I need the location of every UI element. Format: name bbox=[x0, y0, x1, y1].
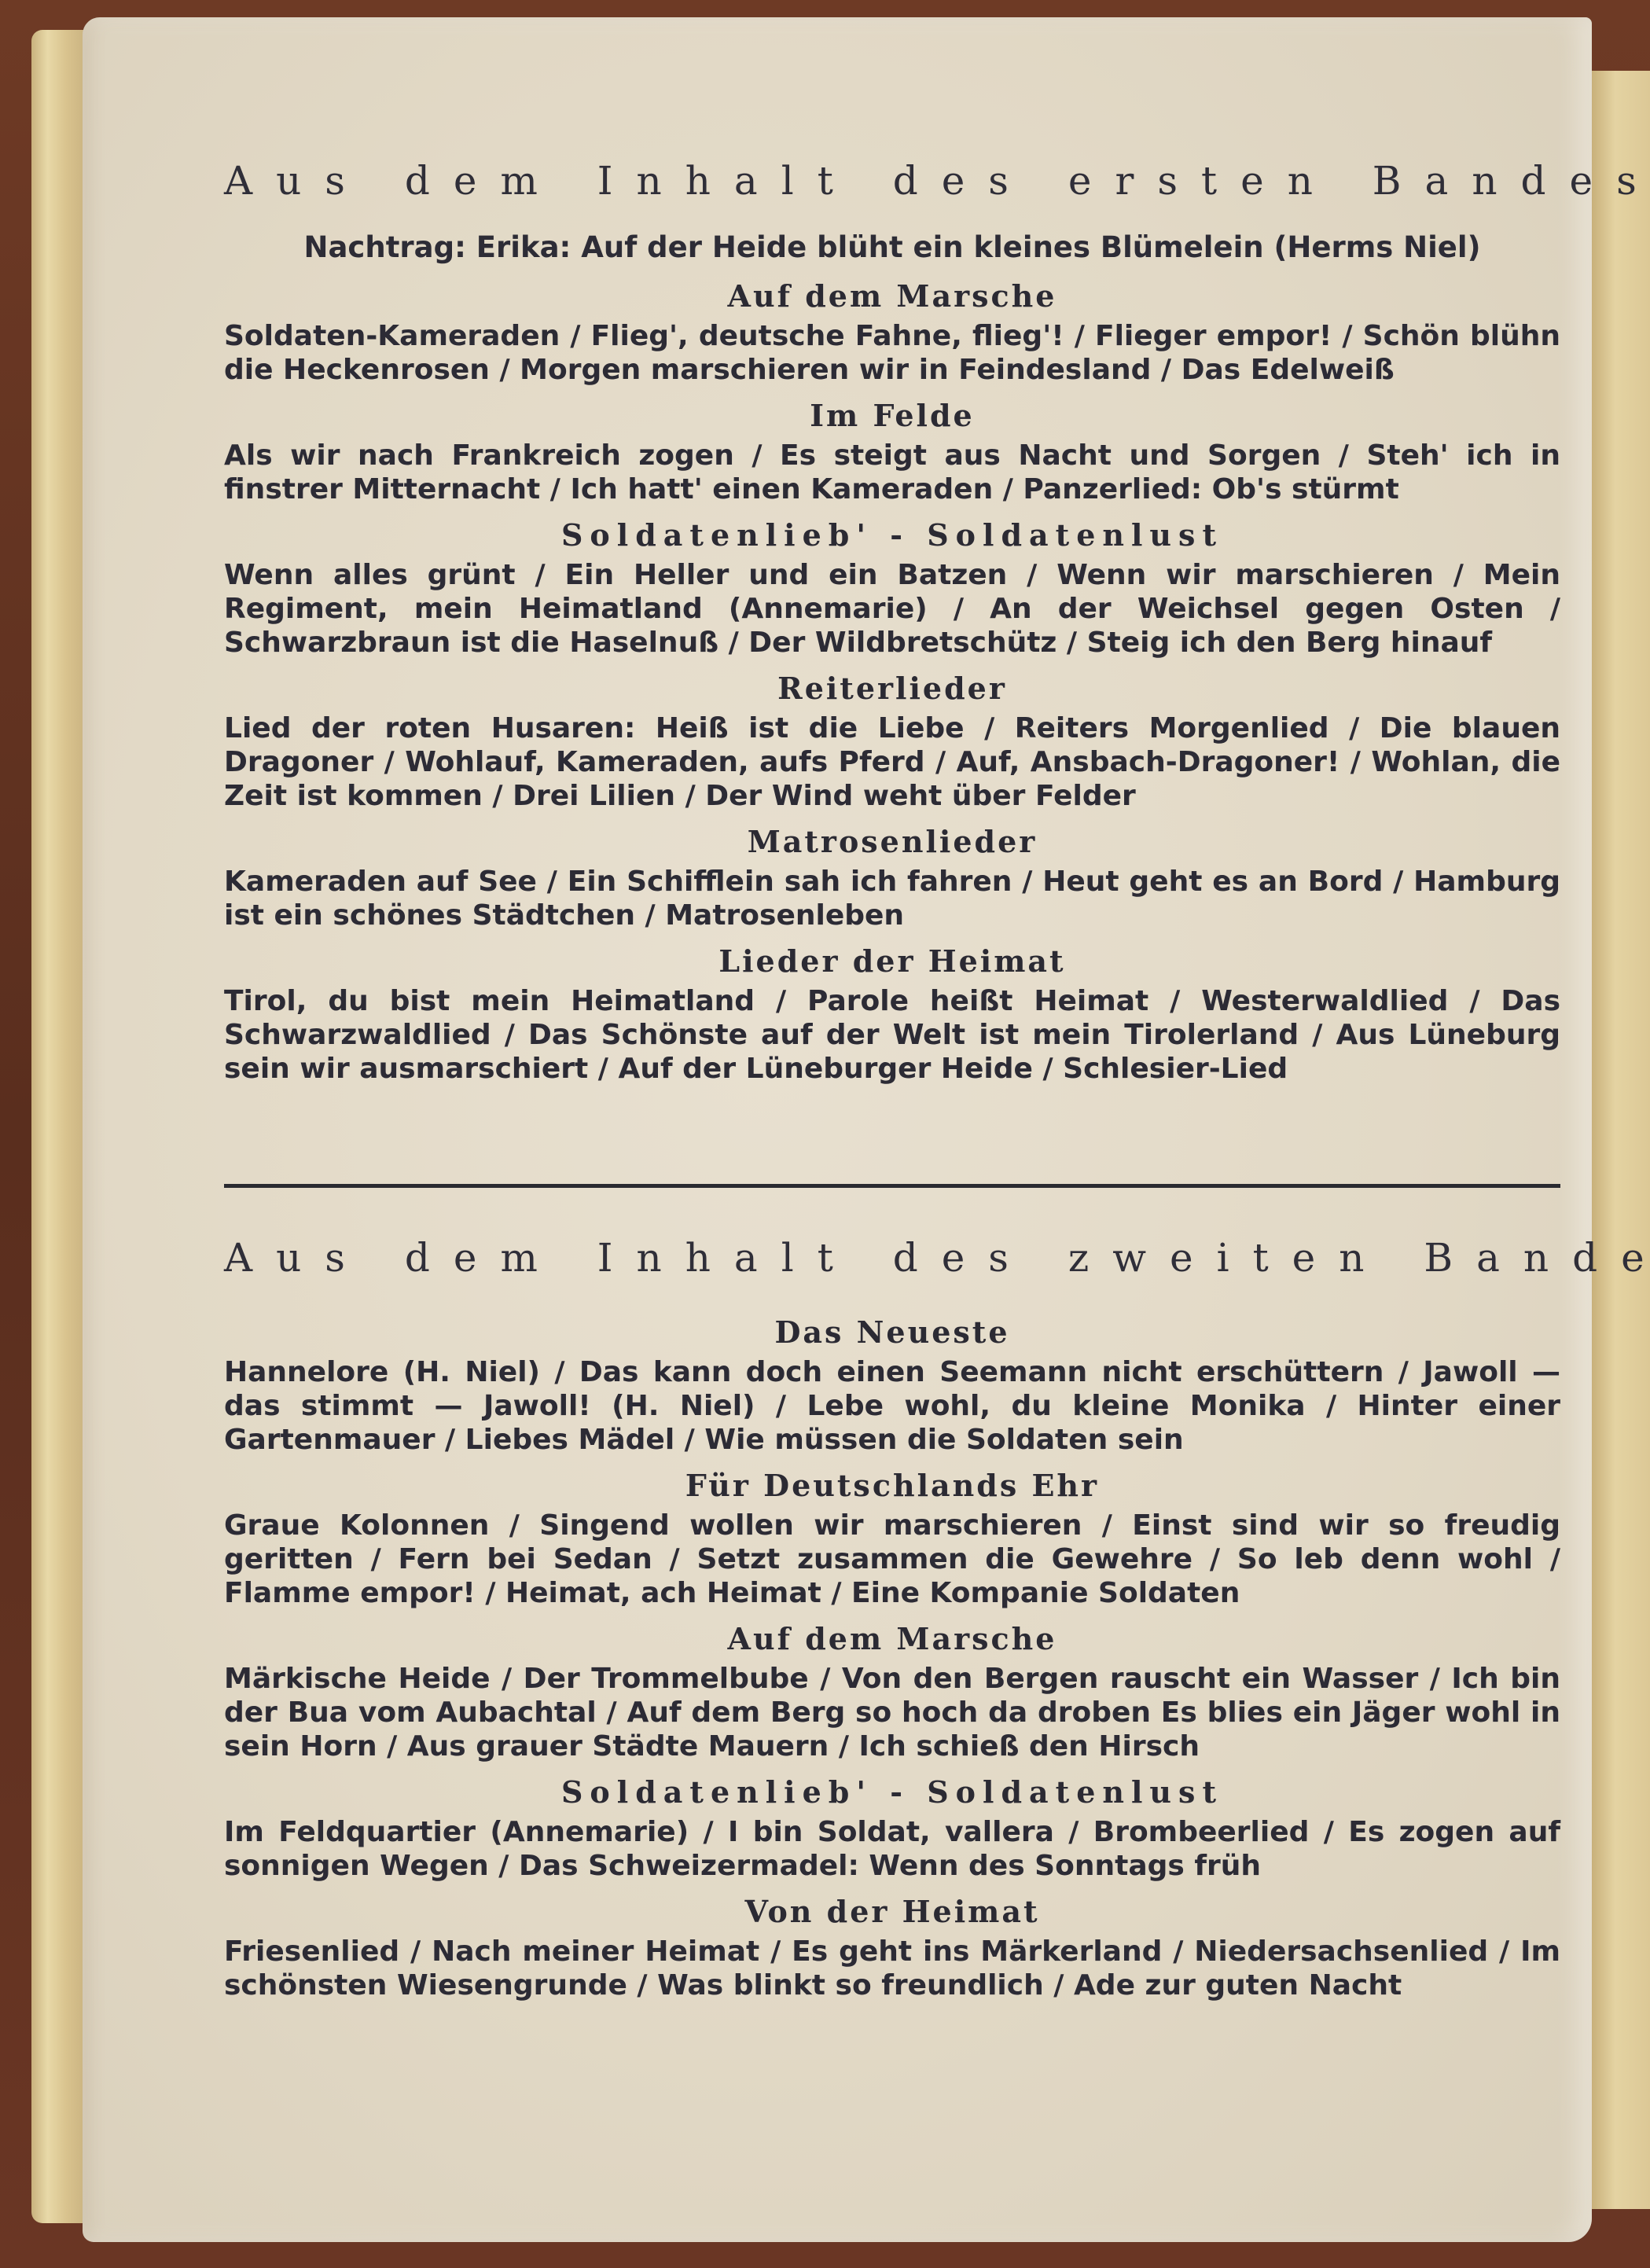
adjacent-book-edge bbox=[1592, 71, 1650, 2209]
section-divider-rule bbox=[224, 1184, 1560, 1188]
section-heading: Lieder der Heimat bbox=[224, 942, 1560, 981]
section-heading: Für Deutschlands Ehr bbox=[224, 1466, 1560, 1505]
song-list: Kameraden auf See / Ein Schifflein sah i… bbox=[224, 865, 1560, 932]
section-heading: Auf dem Marsche bbox=[224, 277, 1560, 316]
section: Von der Heimat Friesenlied / Nach meiner… bbox=[224, 1892, 1560, 2002]
volume-one-contents: Aus dem Inhalt des ersten Bandes Nachtra… bbox=[224, 157, 1560, 1086]
section: Matrosenlieder Kameraden auf See / Ein S… bbox=[224, 822, 1560, 932]
song-list: Märkische Heide / Der Trommelbube / Von … bbox=[224, 1662, 1560, 1763]
section-heading: Auf dem Marsche bbox=[224, 1619, 1560, 1659]
song-list: Lied der roten Husaren: Heiß ist die Lie… bbox=[224, 711, 1560, 813]
section: Auf dem Marsche Märkische Heide / Der Tr… bbox=[224, 1619, 1560, 1763]
section: Lieder der Heimat Tirol, du bist mein He… bbox=[224, 942, 1560, 1086]
section-heading: Soldatenlieb' - Soldatenlust bbox=[224, 1773, 1560, 1812]
song-list: Graue Kolonnen / Singend wollen wir mars… bbox=[224, 1509, 1560, 1610]
section-heading: Das Neueste bbox=[224, 1313, 1560, 1352]
song-list: Tirol, du bist mein Heimatland / Parole … bbox=[224, 984, 1560, 1086]
section-heading: Reiterlieder bbox=[224, 669, 1560, 708]
song-list: Friesenlied / Nach meiner Heimat / Es ge… bbox=[224, 1935, 1560, 2002]
section-heading: Im Felde bbox=[224, 396, 1560, 436]
section: Reiterlieder Lied der roten Husaren: Hei… bbox=[224, 669, 1560, 813]
section: Soldatenlieb' - Soldatenlust Wenn alles … bbox=[224, 516, 1560, 660]
song-list: Hannelore (H. Niel) / Das kann doch eine… bbox=[224, 1355, 1560, 1457]
song-list: Als wir nach Frankreich zogen / Es steig… bbox=[224, 439, 1560, 506]
volume-two-contents: Aus dem Inhalt des zweiten Bandes Das Ne… bbox=[224, 1234, 1560, 2002]
section: Auf dem Marsche Soldaten-Kameraden / Fli… bbox=[224, 277, 1560, 387]
section-heading: Soldatenlieb' - Soldatenlust bbox=[224, 516, 1560, 555]
volume-one-title: Aus dem Inhalt des ersten Bandes bbox=[224, 157, 1560, 204]
song-list: Soldaten-Kameraden / Flieg', deutsche Fa… bbox=[224, 319, 1560, 387]
book-spine-edge bbox=[31, 30, 85, 2223]
section-heading: Matrosenlieder bbox=[224, 822, 1560, 862]
section-heading: Von der Heimat bbox=[224, 1892, 1560, 1932]
song-list: Wenn alles grünt / Ein Heller und ein Ba… bbox=[224, 558, 1560, 660]
song-list: Im Feldquartier (Annemarie) / I bin Sold… bbox=[224, 1815, 1560, 1883]
section: Für Deutschlands Ehr Graue Kolonnen / Si… bbox=[224, 1466, 1560, 1610]
section: Das Neueste Hannelore (H. Niel) / Das ka… bbox=[224, 1313, 1560, 1457]
volume-two-title: Aus dem Inhalt des zweiten Bandes bbox=[224, 1234, 1560, 1281]
section: Soldatenlieb' - Soldatenlust Im Feldquar… bbox=[224, 1773, 1560, 1883]
section: Im Felde Als wir nach Frankreich zogen /… bbox=[224, 396, 1560, 506]
supplement-note: Nachtrag: Erika: Auf der Heide blüht ein… bbox=[224, 228, 1560, 267]
